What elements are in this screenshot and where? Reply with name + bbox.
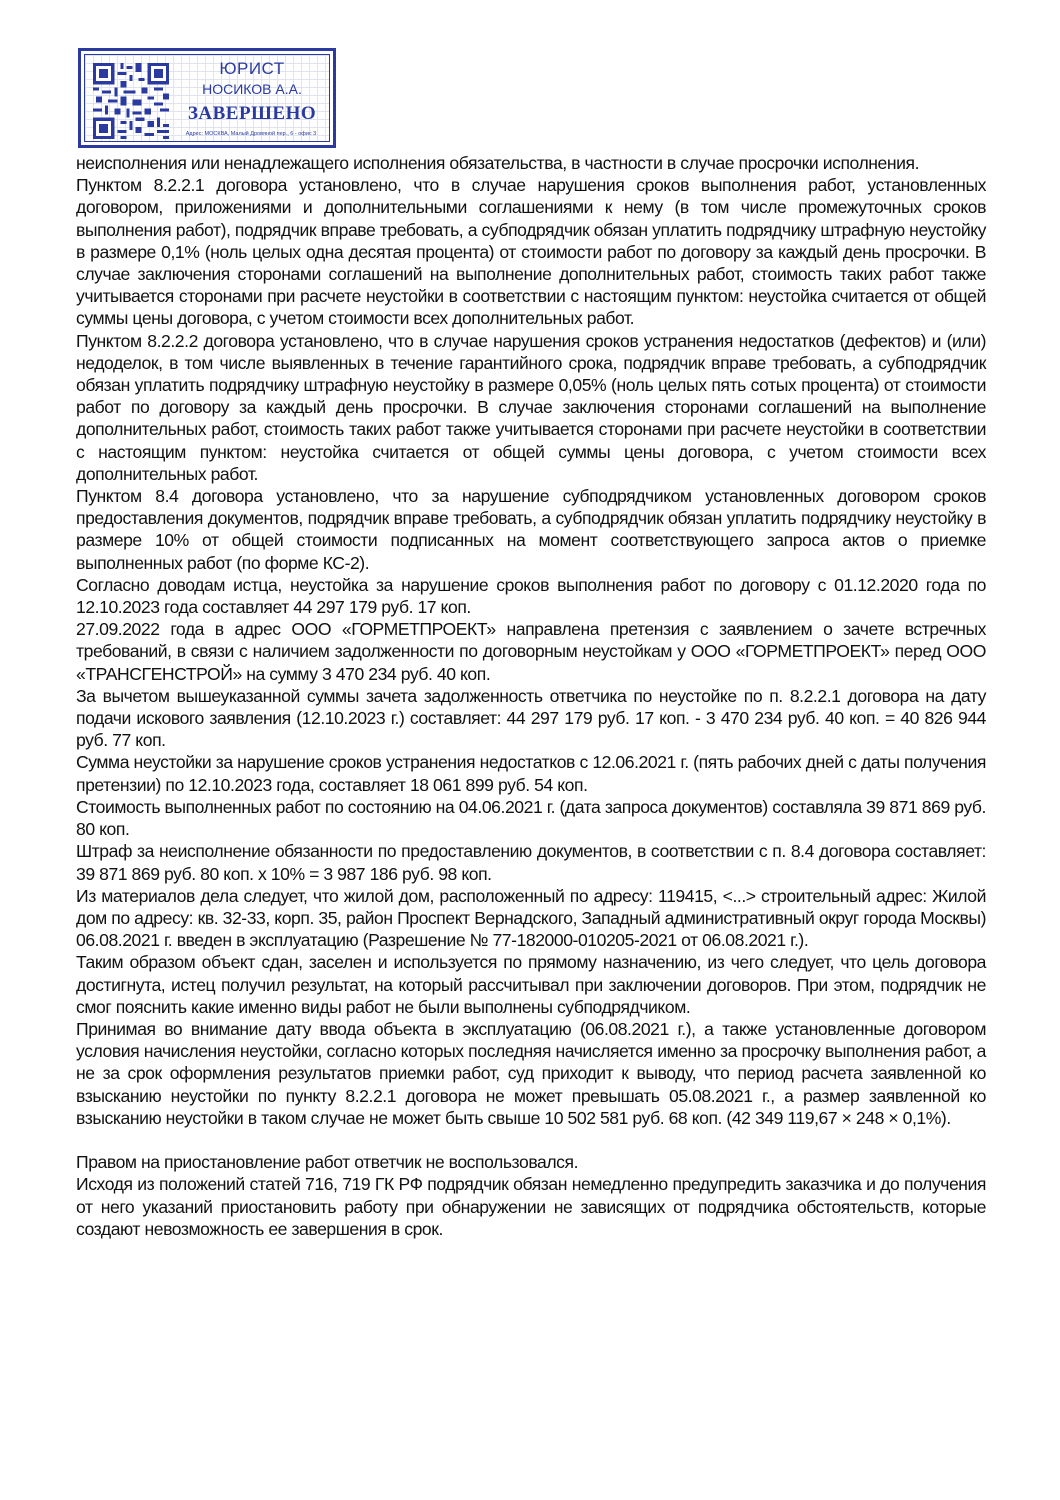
paragraph: Штраф за неисполнение обязанности по пре… bbox=[76, 840, 986, 884]
document-page: ЮРИСТ НОСИКОВ А.А. ЗАВЕРШЕНО Адрес: МОСК… bbox=[0, 0, 1060, 1500]
paragraph: Правом на приостановление работ ответчик… bbox=[76, 1151, 986, 1173]
document-body: неисполнения или ненадлежащего исполнени… bbox=[76, 152, 986, 1240]
paragraph: Принимая во внимание дату ввода объекта … bbox=[76, 1018, 986, 1129]
paragraph: Пунктом 8.4 договора установлено, что за… bbox=[76, 485, 986, 574]
stamp-status: ЗАВЕРШЕНО bbox=[181, 103, 323, 125]
paragraph: 27.09.2022 года в адрес ООО «ГОРМЕТПРОЕК… bbox=[76, 618, 986, 685]
paragraph: Стоимость выполненных работ по состоянию… bbox=[76, 796, 986, 840]
paragraph: Таким образом объект сдан, заселен и исп… bbox=[76, 951, 986, 1018]
paragraph: За вычетом вышеуказанной суммы зачета за… bbox=[76, 685, 986, 752]
paragraph: Согласно доводам истца, неустойка за нар… bbox=[76, 574, 986, 618]
paragraph: Из материалов дела следует, что жилой до… bbox=[76, 885, 986, 952]
stamp-frame: ЮРИСТ НОСИКОВ А.А. ЗАВЕРШЕНО Адрес: МОСК… bbox=[84, 54, 330, 142]
paragraph: Пунктом 8.2.2.2 договора установлено, чт… bbox=[76, 330, 986, 485]
qr-code-icon bbox=[93, 63, 169, 139]
paragraph: Сумма неустойки за нарушение сроков устр… bbox=[76, 751, 986, 795]
paragraph-spacer bbox=[76, 1129, 986, 1151]
stamp-title: ЮРИСТ bbox=[181, 59, 323, 79]
lawyer-stamp: ЮРИСТ НОСИКОВ А.А. ЗАВЕРШЕНО Адрес: МОСК… bbox=[78, 48, 336, 148]
paragraph: Исходя из положений статей 716, 719 ГК Р… bbox=[76, 1173, 986, 1240]
stamp-address: Адрес: МОСКВА, Малый Дровяной пер., 6 - … bbox=[175, 131, 327, 137]
paragraph: неисполнения или ненадлежащего исполнени… bbox=[76, 152, 986, 174]
stamp-lawyer-name: НОСИКОВ А.А. bbox=[181, 81, 323, 97]
paragraph: Пунктом 8.2.2.1 договора установлено, чт… bbox=[76, 174, 986, 329]
